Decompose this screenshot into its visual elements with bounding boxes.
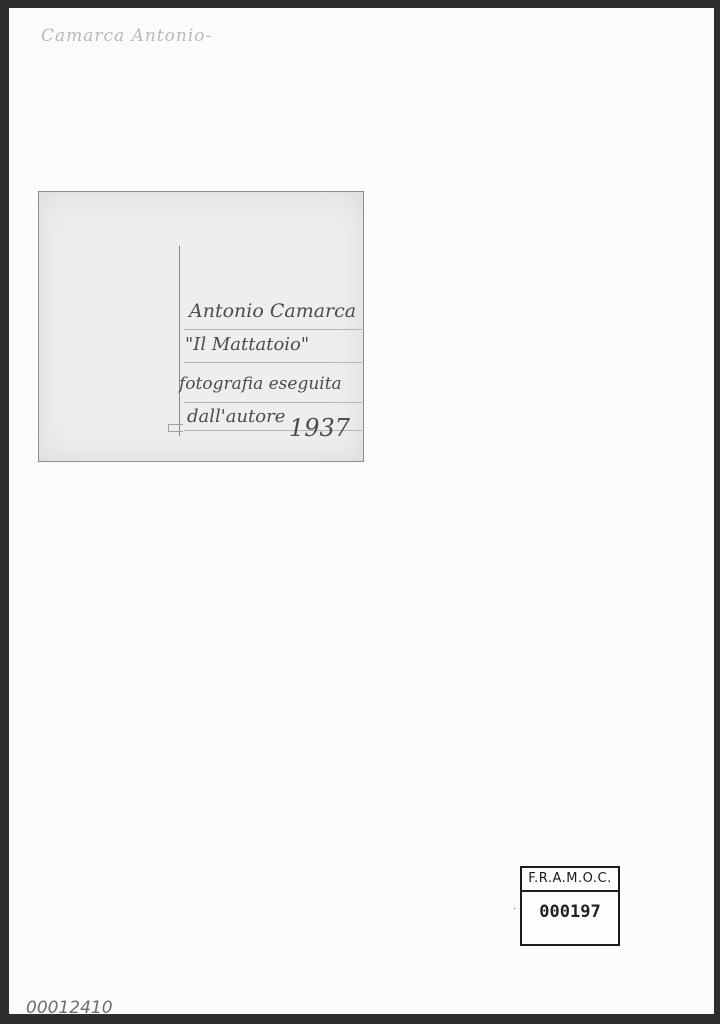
handwriting-line: "Il Mattatoio" bbox=[185, 334, 309, 355]
mounted-postcard: Antonio Camarca "Il Mattatoio" fotografi… bbox=[38, 191, 364, 462]
postcard-divider-line bbox=[179, 246, 180, 436]
archive-sheet: Camarca Antonio- Antonio Camarca "Il Mat… bbox=[9, 8, 714, 1014]
archive-stamp: F.R.A.M.O.C. 000197 bbox=[520, 866, 620, 946]
address-line bbox=[184, 402, 362, 403]
stamp-mark bbox=[168, 424, 183, 432]
stamp-number: 000197 bbox=[522, 902, 618, 922]
stamp-dot-marks: · bbox=[513, 904, 516, 915]
stamp-institution: F.R.A.M.O.C. bbox=[522, 868, 618, 892]
handwriting-line: dall'autore bbox=[187, 406, 285, 427]
handwriting-line: Antonio Camarca bbox=[189, 300, 356, 322]
handwriting-line: fotografia eseguita bbox=[179, 374, 342, 394]
handwriting-year: 1937 bbox=[289, 414, 350, 442]
inventory-number: 00012410 bbox=[26, 998, 113, 1018]
pencil-annotation: Camarca Antonio- bbox=[41, 26, 212, 46]
address-line bbox=[184, 329, 362, 330]
address-line bbox=[184, 362, 362, 363]
